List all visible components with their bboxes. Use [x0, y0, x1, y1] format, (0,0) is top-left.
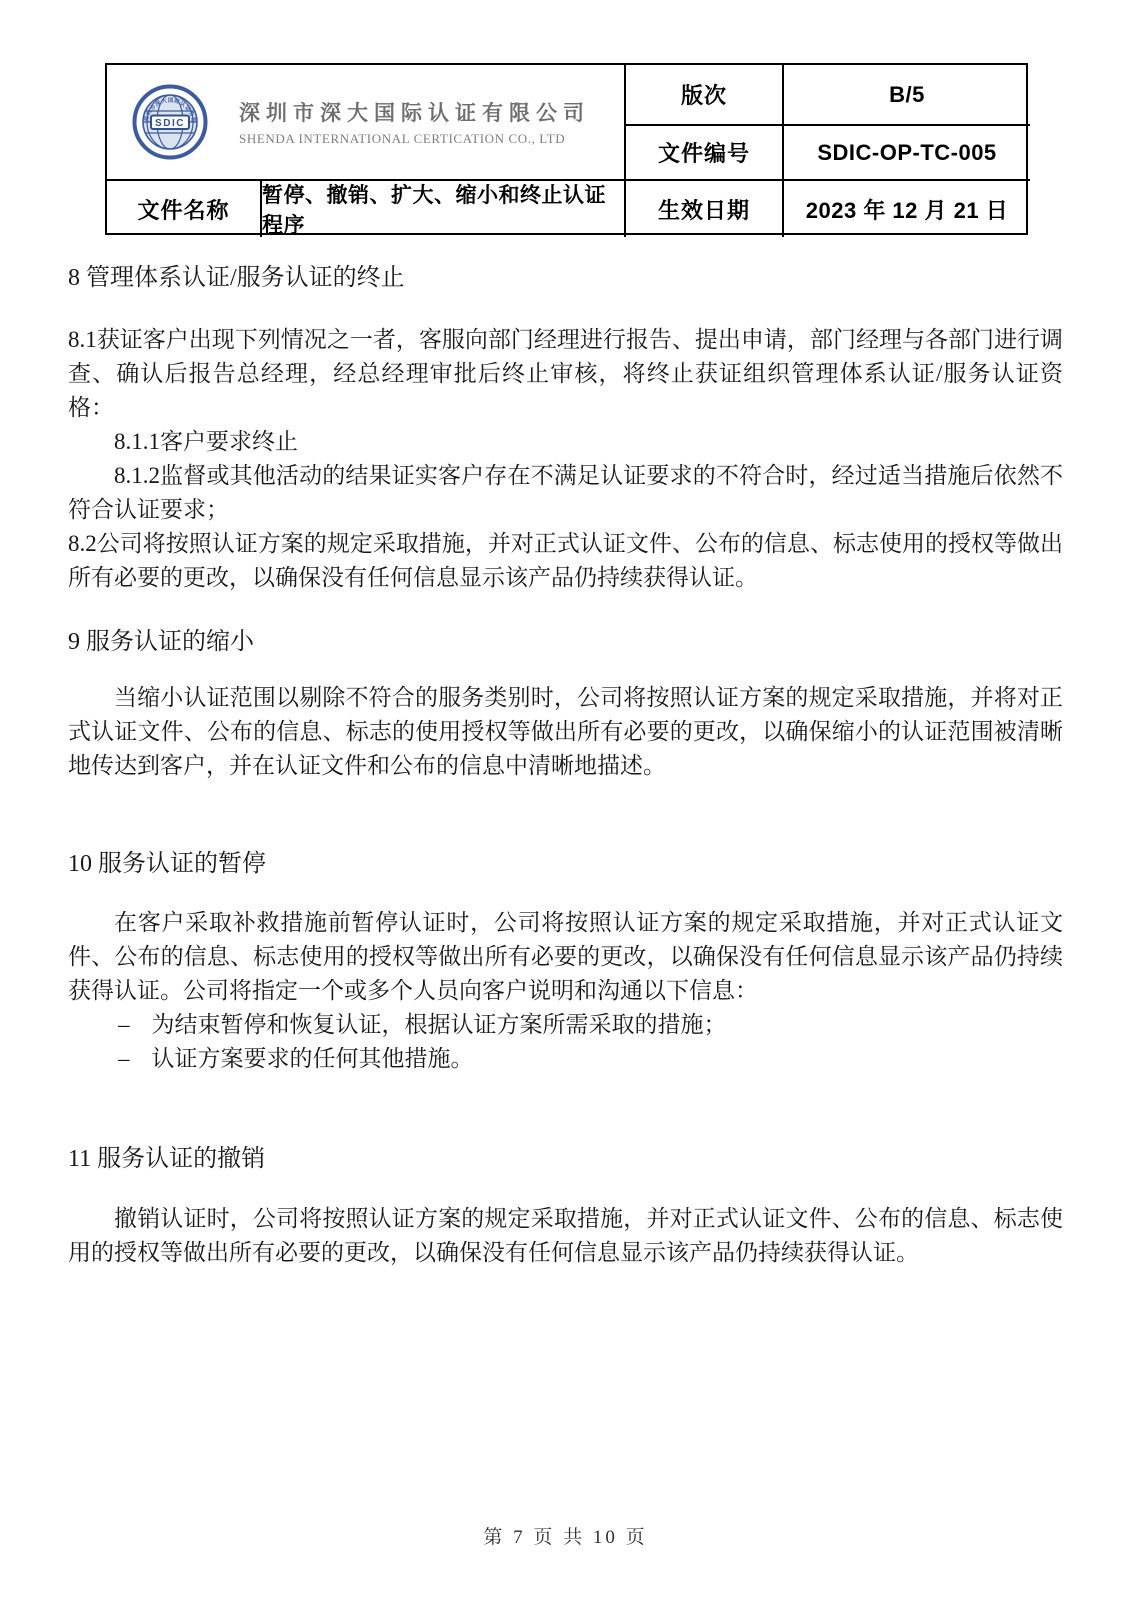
list-item-text: 为结束暂停和恢复认证，根据认证方案所需采取的措施； [152, 1008, 727, 1042]
company-logo-cell: 深圳市深大国际认证有限公司 SDIC 深圳市深大国际认证有限公司 SHENDA … [107, 65, 624, 179]
section-10-heading: 10 服务认证的暂停 [68, 847, 1063, 881]
section-8-clause-811: 8.1.1客户要求终止 [68, 425, 1063, 459]
sdic-emblem-icon: 深圳市深大国际认证有限公司 SDIC [131, 83, 209, 161]
company-name-block: 深圳市深大国际认证有限公司 SHENDA INTERNATIONAL CERTI… [239, 97, 590, 147]
company-logo: 深圳市深大国际认证有限公司 SDIC 深圳市深大国际认证有限公司 SHENDA … [131, 83, 590, 161]
section-8-clause-82: 8.2公司将按照认证方案的规定采取措施，并对正式认证文件、公布的信息、标志使用的… [68, 527, 1063, 595]
section-11-paragraph-1: 撤销认证时，公司将按照认证方案的规定采取措施，并对正式认证文件、公布的信息、标志… [68, 1202, 1063, 1270]
section-9-paragraph-1: 当缩小认证范围以剔除不符合的服务类别时，公司将按照认证方案的规定采取措施，并将对… [68, 681, 1063, 783]
section-8-heading: 8 管理体系认证/服务认证的终止 [68, 261, 1063, 295]
section-11-heading: 11 服务认证的撤销 [68, 1142, 1063, 1176]
company-name-cn: 深圳市深大国际认证有限公司 [239, 97, 590, 127]
doc-number-value: SDIC-OP-TC-005 [782, 124, 1030, 179]
page-number: 第 7 页 共 10 页 [0, 1522, 1131, 1549]
document-page: 深圳市深大国际认证有限公司 SDIC 深圳市深大国际认证有限公司 SHENDA … [0, 0, 1131, 1600]
doc-name-value: 暂停、撤销、扩大、缩小和终止认证程序 [260, 179, 624, 237]
dash-bullet-icon: – [118, 1008, 130, 1042]
list-item: – 认证方案要求的任何其他措施。 [68, 1042, 1063, 1076]
version-value: B/5 [782, 65, 1030, 124]
document-header-table: 深圳市深大国际认证有限公司 SDIC 深圳市深大国际认证有限公司 SHENDA … [105, 63, 1028, 235]
svg-text:SDIC: SDIC [155, 118, 185, 129]
doc-number-label: 文件编号 [624, 124, 782, 179]
list-item-text: 认证方案要求的任何其他措施。 [152, 1042, 474, 1076]
section-8-clause-812: 8.1.2监督或其他活动的结果证实客户存在不满足认证要求的不符合时，经过适当措施… [68, 459, 1063, 527]
version-label: 版次 [624, 65, 782, 124]
dash-bullet-icon: – [118, 1042, 130, 1076]
section-8-paragraph-1: 8.1获证客户出现下列情况之一者，客服向部门经理进行报告、提出申请，部门经理与各… [68, 323, 1063, 425]
section-9-heading: 9 服务认证的缩小 [68, 625, 1063, 659]
doc-name-label: 文件名称 [107, 179, 260, 237]
document-body: 8 管理体系认证/服务认证的终止 8.1获证客户出现下列情况之一者，客服向部门经… [68, 261, 1063, 1270]
effective-date-value: 2023 年 12 月 21 日 [782, 179, 1030, 237]
section-10-list: – 为结束暂停和恢复认证，根据认证方案所需采取的措施； – 认证方案要求的任何其… [68, 1008, 1063, 1076]
section-10-paragraph-1: 在客户采取补救措施前暂停认证时，公司将按照认证方案的规定采取措施，并对正式认证文… [68, 906, 1063, 1008]
list-item: – 为结束暂停和恢复认证，根据认证方案所需采取的措施； [68, 1008, 1063, 1042]
company-name-en: SHENDA INTERNATIONAL CERTICATION CO., LT… [239, 131, 590, 147]
effective-date-label: 生效日期 [624, 179, 782, 237]
